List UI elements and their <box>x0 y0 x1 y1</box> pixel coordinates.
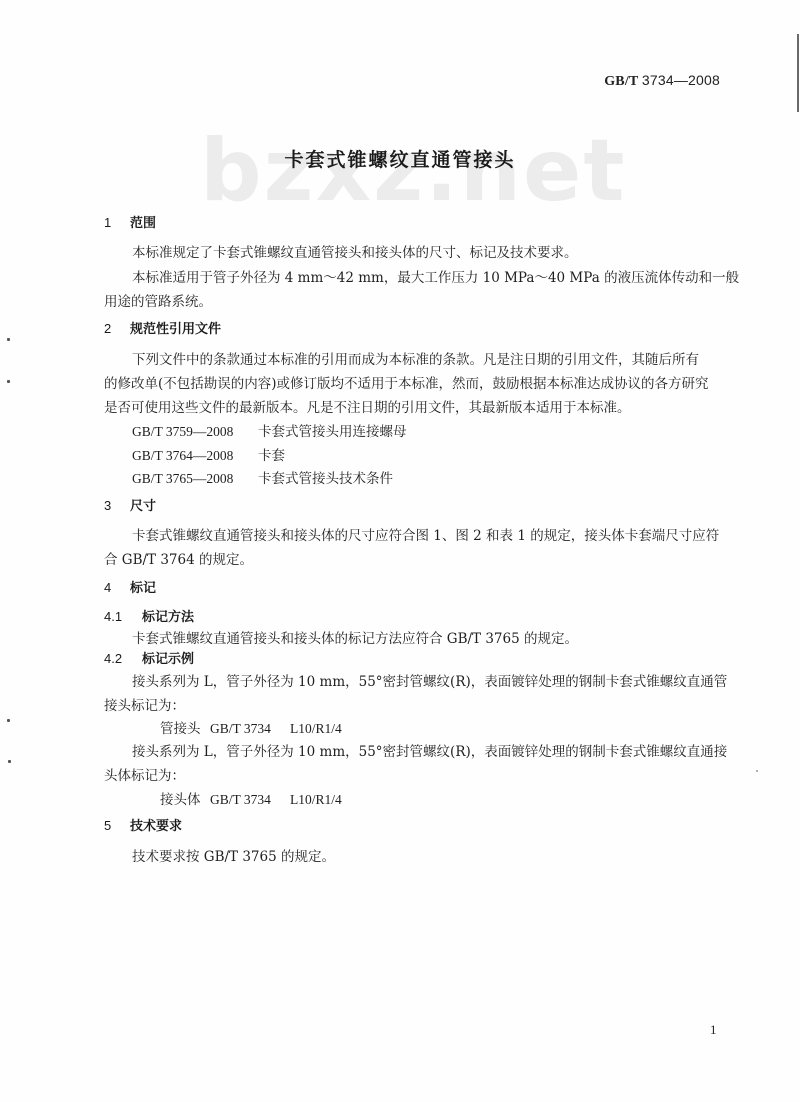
section-number: 1 <box>104 215 130 230</box>
marking-example: 管接头GB/T 3734L10/R1/4 <box>160 717 342 737</box>
paragraph-line: 卡套式锥螺纹直通管接头和接头体的标记方法应符合 GB/T 3765 的规定。 <box>132 627 578 647</box>
paragraph-line: 技术要求按 GB/T 3765 的规定。 <box>132 845 335 865</box>
standard-prefix: GB/T <box>604 74 638 89</box>
reference-item: GB/T 3759—2008卡套式管接头用连接螺母 <box>132 420 407 440</box>
section-number: 5 <box>104 818 130 833</box>
scan-speck <box>756 770 758 772</box>
subsection-number: 4.2 <box>104 651 142 666</box>
section-title: 尺寸 <box>130 499 156 514</box>
paragraph-line: 接头系列为 L，管子外径为 10 mm，55°密封管螺纹(R)，表面镀锌处理的钢… <box>132 670 727 690</box>
paragraph-line: 接头标记为： <box>104 694 185 714</box>
paragraph-line: 是否可使用这些文件的最新版本。凡是不注日期的引用文件，其最新版本适用于本标准。 <box>104 396 631 416</box>
paragraph-line: 卡套式锥螺纹直通管接头和接头体的尺寸应符合图 1、图 2 和表 1 的规定，接头… <box>132 524 719 544</box>
marking-label: 管接头 <box>160 717 210 737</box>
section-5-heading: 5技术要求 <box>104 815 182 834</box>
marking-standard: GB/T 3734 <box>210 721 290 737</box>
scan-speck <box>7 380 10 383</box>
section-title: 规范性引用文件 <box>130 322 221 337</box>
section-number: 4 <box>104 580 130 595</box>
reference-code: GB/T 3759—2008 <box>132 424 258 440</box>
standard-number: GB/T 3734—2008 <box>604 72 720 90</box>
subsection-title: 标记示例 <box>142 652 194 667</box>
paragraph-line: 的修改单(不包括勘误的内容)或修订版均不适用于本标准，然而，鼓励根据本标准达成协… <box>104 372 709 392</box>
reference-code: GB/T 3765—2008 <box>132 471 258 487</box>
paragraph-line: 合 GB/T 3764 的规定。 <box>104 548 253 568</box>
reference-code: GB/T 3764—2008 <box>132 448 258 464</box>
paragraph-line: 本标准适用于管子外径为 4 mm～42 mm，最大工作压力 10 MPa～40 … <box>132 266 739 286</box>
standard-number-value: 3734—2008 <box>642 72 720 88</box>
paragraph-line: 本标准规定了卡套式锥螺纹直通管接头和接头体的尺寸、标记及技术要求。 <box>132 241 578 261</box>
document-page: GB/T 3734—2008 bzxz.net 卡套式锥螺纹直通管接头 1范围 … <box>0 0 800 1102</box>
document-title: 卡套式锥螺纹直通管接头 <box>0 145 800 172</box>
paragraph-line: 下列文件中的条款通过本标准的引用而成为本标准的条款。凡是注日期的引用文件，其随后… <box>132 348 699 368</box>
section-title: 技术要求 <box>130 819 182 834</box>
section-2-heading: 2规范性引用文件 <box>104 318 221 337</box>
reference-title: 卡套 <box>258 448 285 464</box>
reference-item: GB/T 3764—2008卡套 <box>132 444 285 464</box>
marking-standard: GB/T 3734 <box>210 792 290 808</box>
section-title: 范围 <box>130 216 156 231</box>
paragraph-line: 头体标记为： <box>104 764 185 784</box>
marking-value: L10/R1/4 <box>290 792 342 807</box>
section-1-heading: 1范围 <box>104 212 156 231</box>
page-number: 1 <box>710 1022 717 1038</box>
paragraph-line: 用途的管路系统。 <box>104 290 212 310</box>
scan-speck <box>8 760 11 763</box>
marking-example: 接头体GB/T 3734L10/R1/4 <box>160 788 342 808</box>
scan-edge-line <box>797 34 799 112</box>
marking-value: L10/R1/4 <box>290 721 342 736</box>
section-3-heading: 3尺寸 <box>104 495 156 514</box>
section-number: 2 <box>104 321 130 336</box>
reference-title: 卡套式管接头技术条件 <box>258 471 393 487</box>
subsection-4-1-heading: 4.1标记方法 <box>104 606 194 625</box>
paragraph-line: 接头系列为 L，管子外径为 10 mm，55°密封管螺纹(R)，表面镀锌处理的钢… <box>132 740 727 760</box>
section-4-heading: 4标记 <box>104 577 156 596</box>
section-title: 标记 <box>130 581 156 596</box>
subsection-4-2-heading: 4.2标记示例 <box>104 648 194 667</box>
subsection-number: 4.1 <box>104 609 142 624</box>
scan-speck <box>7 719 10 722</box>
subsection-title: 标记方法 <box>142 610 194 625</box>
scan-speck <box>7 338 10 341</box>
reference-item: GB/T 3765—2008卡套式管接头技术条件 <box>132 467 393 487</box>
marking-label: 接头体 <box>160 788 210 808</box>
reference-title: 卡套式管接头用连接螺母 <box>258 424 407 440</box>
section-number: 3 <box>104 498 130 513</box>
